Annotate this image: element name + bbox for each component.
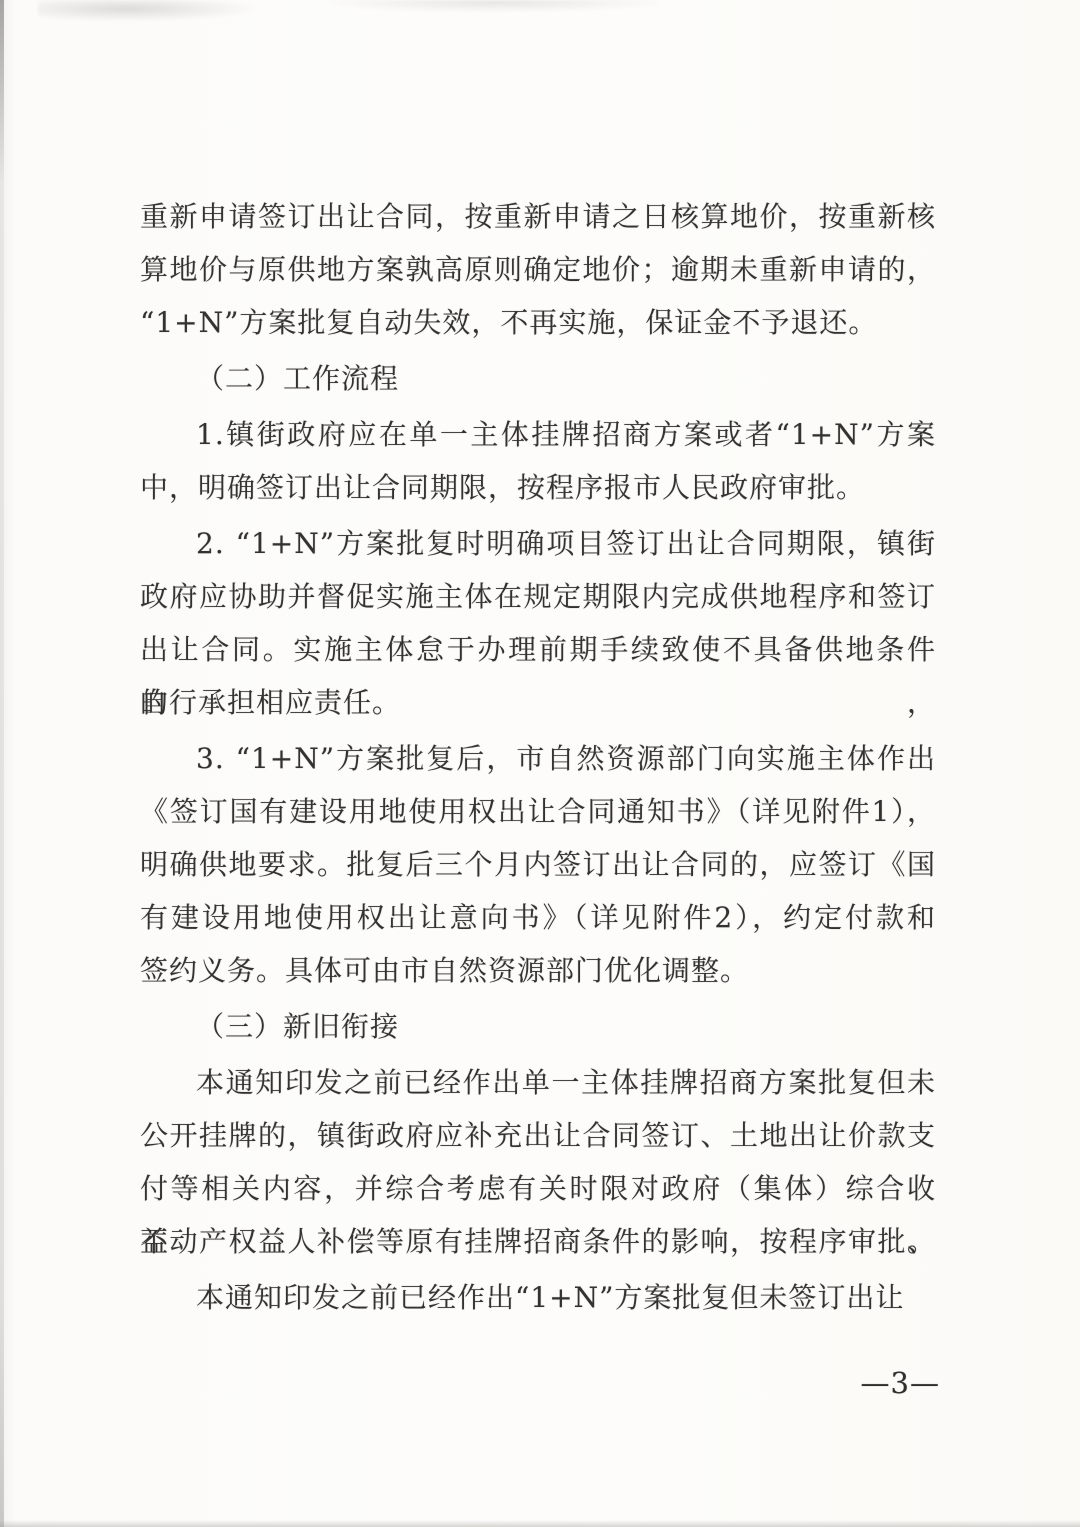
text-line: 算地价与原供地方案孰高原则确定地价；逾期未重新申请的， bbox=[140, 243, 936, 296]
text-line: 明确供地要求。批复后三个月内签订出让合同的，应签订《国 bbox=[140, 838, 936, 891]
page-number: —3— bbox=[861, 1363, 940, 1403]
text-line: 不动产权益人补偿等原有挂牌招商条件的影响，按程序审批。 bbox=[140, 1215, 936, 1268]
paragraph-transition-2: 本通知印发之前已经作出“1+N”方案批复但未签订出让 bbox=[140, 1271, 936, 1324]
text-line: 付等相关内容，并综合考虑有关时限对政府（集体）综合收益、 bbox=[140, 1162, 936, 1215]
document-page: 重新申请签订出让合同，按重新申请之日核算地价，按重新核 算地价与原供地方案孰高原… bbox=[0, 0, 1080, 1527]
paragraph-transition-1: 本通知印发之前已经作出单一主体挂牌招商方案批复但未 公开挂牌的，镇街政府应补充出… bbox=[140, 1056, 936, 1268]
heading-text: （三）新旧衔接 bbox=[140, 1000, 936, 1053]
scan-edge-artifact bbox=[0, 1520, 1080, 1527]
text-line: 本通知印发之前已经作出“1+N”方案批复但未签订出让 bbox=[140, 1271, 936, 1324]
scan-smudge-artifact bbox=[330, 0, 660, 12]
text-line: 签约义务。具体可由市自然资源部门优化调整。 bbox=[140, 944, 936, 997]
paragraph-carryover: 重新申请签订出让合同，按重新申请之日核算地价，按重新核 算地价与原供地方案孰高原… bbox=[140, 190, 936, 349]
section-heading-transition: （三）新旧衔接 bbox=[140, 1000, 936, 1053]
text-line: 重新申请签订出让合同，按重新申请之日核算地价，按重新核 bbox=[140, 190, 936, 243]
text-line: 公开挂牌的，镇街政府应补充出让合同签订、土地出让价款支 bbox=[140, 1109, 936, 1162]
paragraph-item-1: 1.镇街政府应在单一主体挂牌招商方案或者“1+N”方案 中，明确签订出让合同期限… bbox=[140, 408, 936, 514]
scan-smudge-artifact bbox=[38, 0, 258, 22]
paragraph-item-2: 2. “1+N”方案批复时明确项目签订出让合同期限，镇街 政府应协助并督促实施主… bbox=[140, 517, 936, 729]
text-line: 本通知印发之前已经作出单一主体挂牌招商方案批复但未 bbox=[140, 1056, 936, 1109]
text-line: “1+N”方案批复自动失效，不再实施，保证金不予退还。 bbox=[140, 296, 936, 349]
text-line: 中，明确签订出让合同期限，按程序报市人民政府审批。 bbox=[140, 461, 936, 514]
text-line: 出让合同。实施主体怠于办理前期手续致使不具备供地条件的， bbox=[140, 623, 936, 676]
paragraph-item-3: 3. “1+N”方案批复后，市自然资源部门向实施主体作出 《签订国有建设用地使用… bbox=[140, 732, 936, 997]
section-heading-workflow: （二）工作流程 bbox=[140, 352, 936, 405]
text-line: 政府应协助并督促实施主体在规定期限内完成供地程序和签订 bbox=[140, 570, 936, 623]
text-line: 有建设用地使用权出让意向书》（详见附件2），约定付款和 bbox=[140, 891, 936, 944]
heading-text: （二）工作流程 bbox=[140, 352, 936, 405]
text-line: 2. “1+N”方案批复时明确项目签订出让合同期限，镇街 bbox=[140, 517, 936, 570]
text-line: 3. “1+N”方案批复后，市自然资源部门向实施主体作出 bbox=[140, 732, 936, 785]
document-body: 重新申请签订出让合同，按重新申请之日核算地价，按重新核 算地价与原供地方案孰高原… bbox=[140, 190, 936, 1324]
text-line: 《签订国有建设用地使用权出让合同通知书》（详见附件1）， bbox=[140, 785, 936, 838]
text-line: 1.镇街政府应在单一主体挂牌招商方案或者“1+N”方案 bbox=[140, 408, 936, 461]
scan-edge-artifact bbox=[0, 0, 4, 1527]
